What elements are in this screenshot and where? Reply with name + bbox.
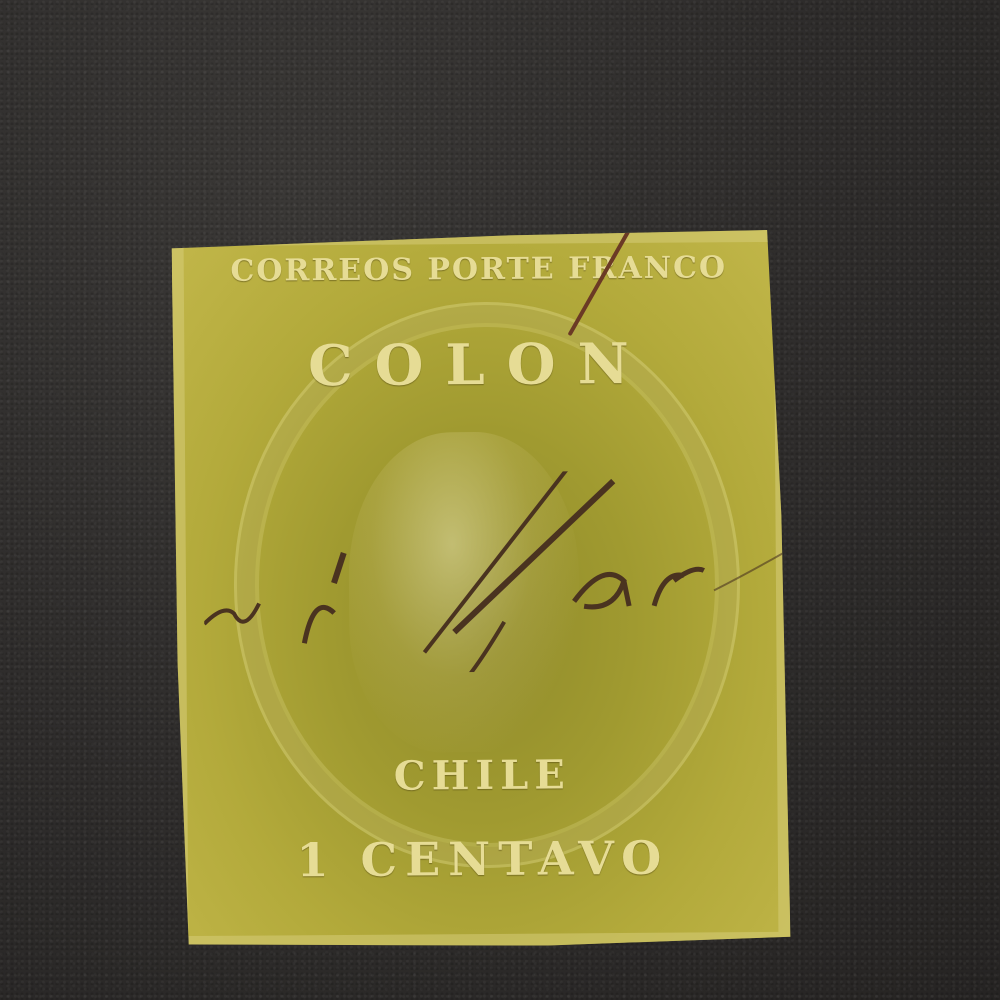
value-legend: 1 CENTAVO — [176, 830, 790, 888]
columbus-portrait — [348, 431, 580, 753]
name-legend: COLON — [172, 330, 786, 400]
postage-stamp: CORREOS PORTE FRANCO COLON CHILE 1 CENTA… — [172, 230, 791, 948]
top-legend: CORREOS PORTE FRANCO — [172, 250, 786, 289]
country-legend: CHILE — [175, 750, 789, 801]
